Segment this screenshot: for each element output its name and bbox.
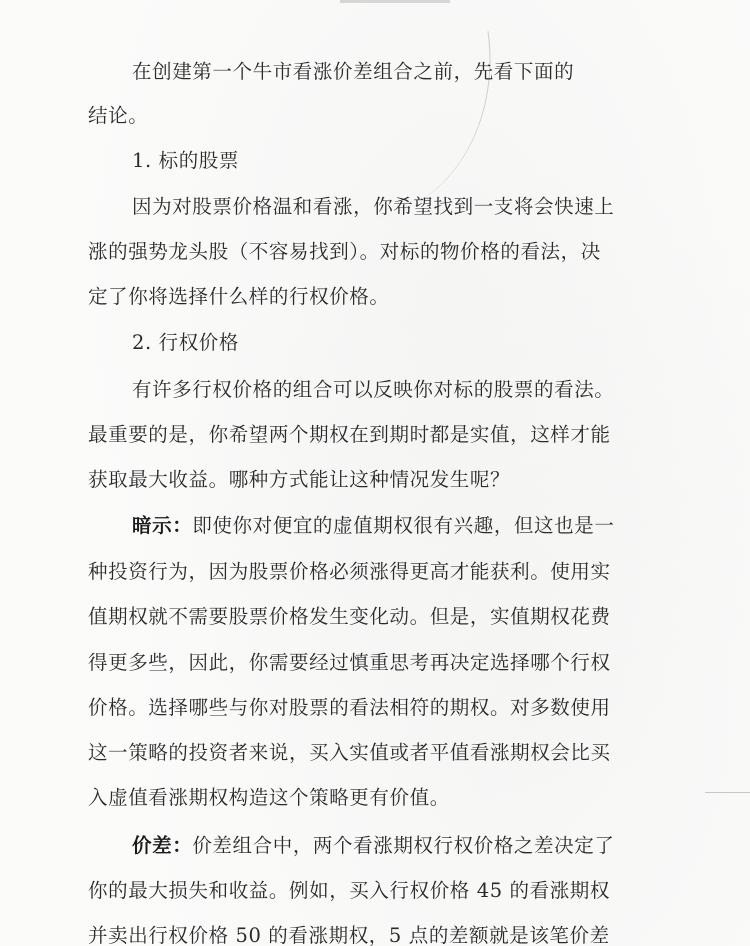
section-heading-strike-price: 2. 行权价格	[132, 331, 239, 355]
spread-text: 价差组合中，两个看涨期权行权价格之差决定了	[192, 834, 614, 857]
paragraph-line: 入虚值看涨期权构造这个策略更有价值。	[88, 786, 450, 810]
paragraph-line: 并卖出行权价格 50 的看涨期权，5 点的差额就是该笔价差	[88, 924, 610, 946]
spread-paragraph-first-line: 价差：价差组合中，两个看涨期权行权价格之差决定了	[132, 834, 614, 858]
hint-text: 即使你对便宜的虚值期权很有兴趣，但这也是一	[192, 514, 614, 537]
margin-mark	[705, 792, 750, 793]
paragraph-line: 有许多行权价格的组合可以反映你对标的股票的看法。	[132, 378, 614, 402]
scanned-book-page: 在创建第一个牛市看涨价差组合之前，先看下面的 结论。 1. 标的股票 因为对股票…	[0, 0, 750, 946]
paragraph-line: 涨的强势龙头股（不容易找到）。对标的物价格的看法，决	[88, 240, 601, 264]
paragraph-intro-line: 结论。	[88, 104, 148, 128]
paragraph-line: 最重要的是，你希望两个期权在到期时都是实值，这样才能	[88, 423, 611, 447]
paragraph-intro-line: 在创建第一个牛市看涨价差组合之前，先看下面的	[132, 60, 574, 84]
hint-label: 暗示：	[132, 514, 192, 537]
paragraph-line: 得更多些，因此，你需要经过慎重思考再决定选择哪个行权	[88, 651, 611, 675]
paragraph-line: 因为对股票价格温和看涨，你希望找到一支将会快速上	[132, 195, 614, 219]
spread-label: 价差：	[132, 834, 192, 857]
section-heading-underlying-stock: 1. 标的股票	[132, 149, 239, 173]
paragraph-line: 种投资行为，因为股票价格必须涨得更高才能获利。使用实	[88, 560, 611, 584]
hint-paragraph-first-line: 暗示：即使你对便宜的虚值期权很有兴趣，但这也是一	[132, 514, 614, 538]
paragraph-line: 获取最大收益。哪种方式能让这种情况发生呢？	[88, 468, 510, 492]
paragraph-line: 定了你将选择什么样的行权价格。	[88, 285, 390, 309]
paragraph-line: 这一策略的投资者来说，买入实值或者平值看涨期权会比买	[88, 741, 611, 765]
paragraph-line: 值期权就不需要股票价格发生变化动。但是，实值期权花费	[88, 605, 611, 629]
paragraph-line: 价格。选择哪些与你对股票的看法相符的期权。对多数使用	[88, 696, 611, 720]
paragraph-line: 你的最大损失和收益。例如，买入行权价格 45 的看涨期权	[88, 879, 610, 903]
running-header-remnant	[340, 0, 450, 3]
